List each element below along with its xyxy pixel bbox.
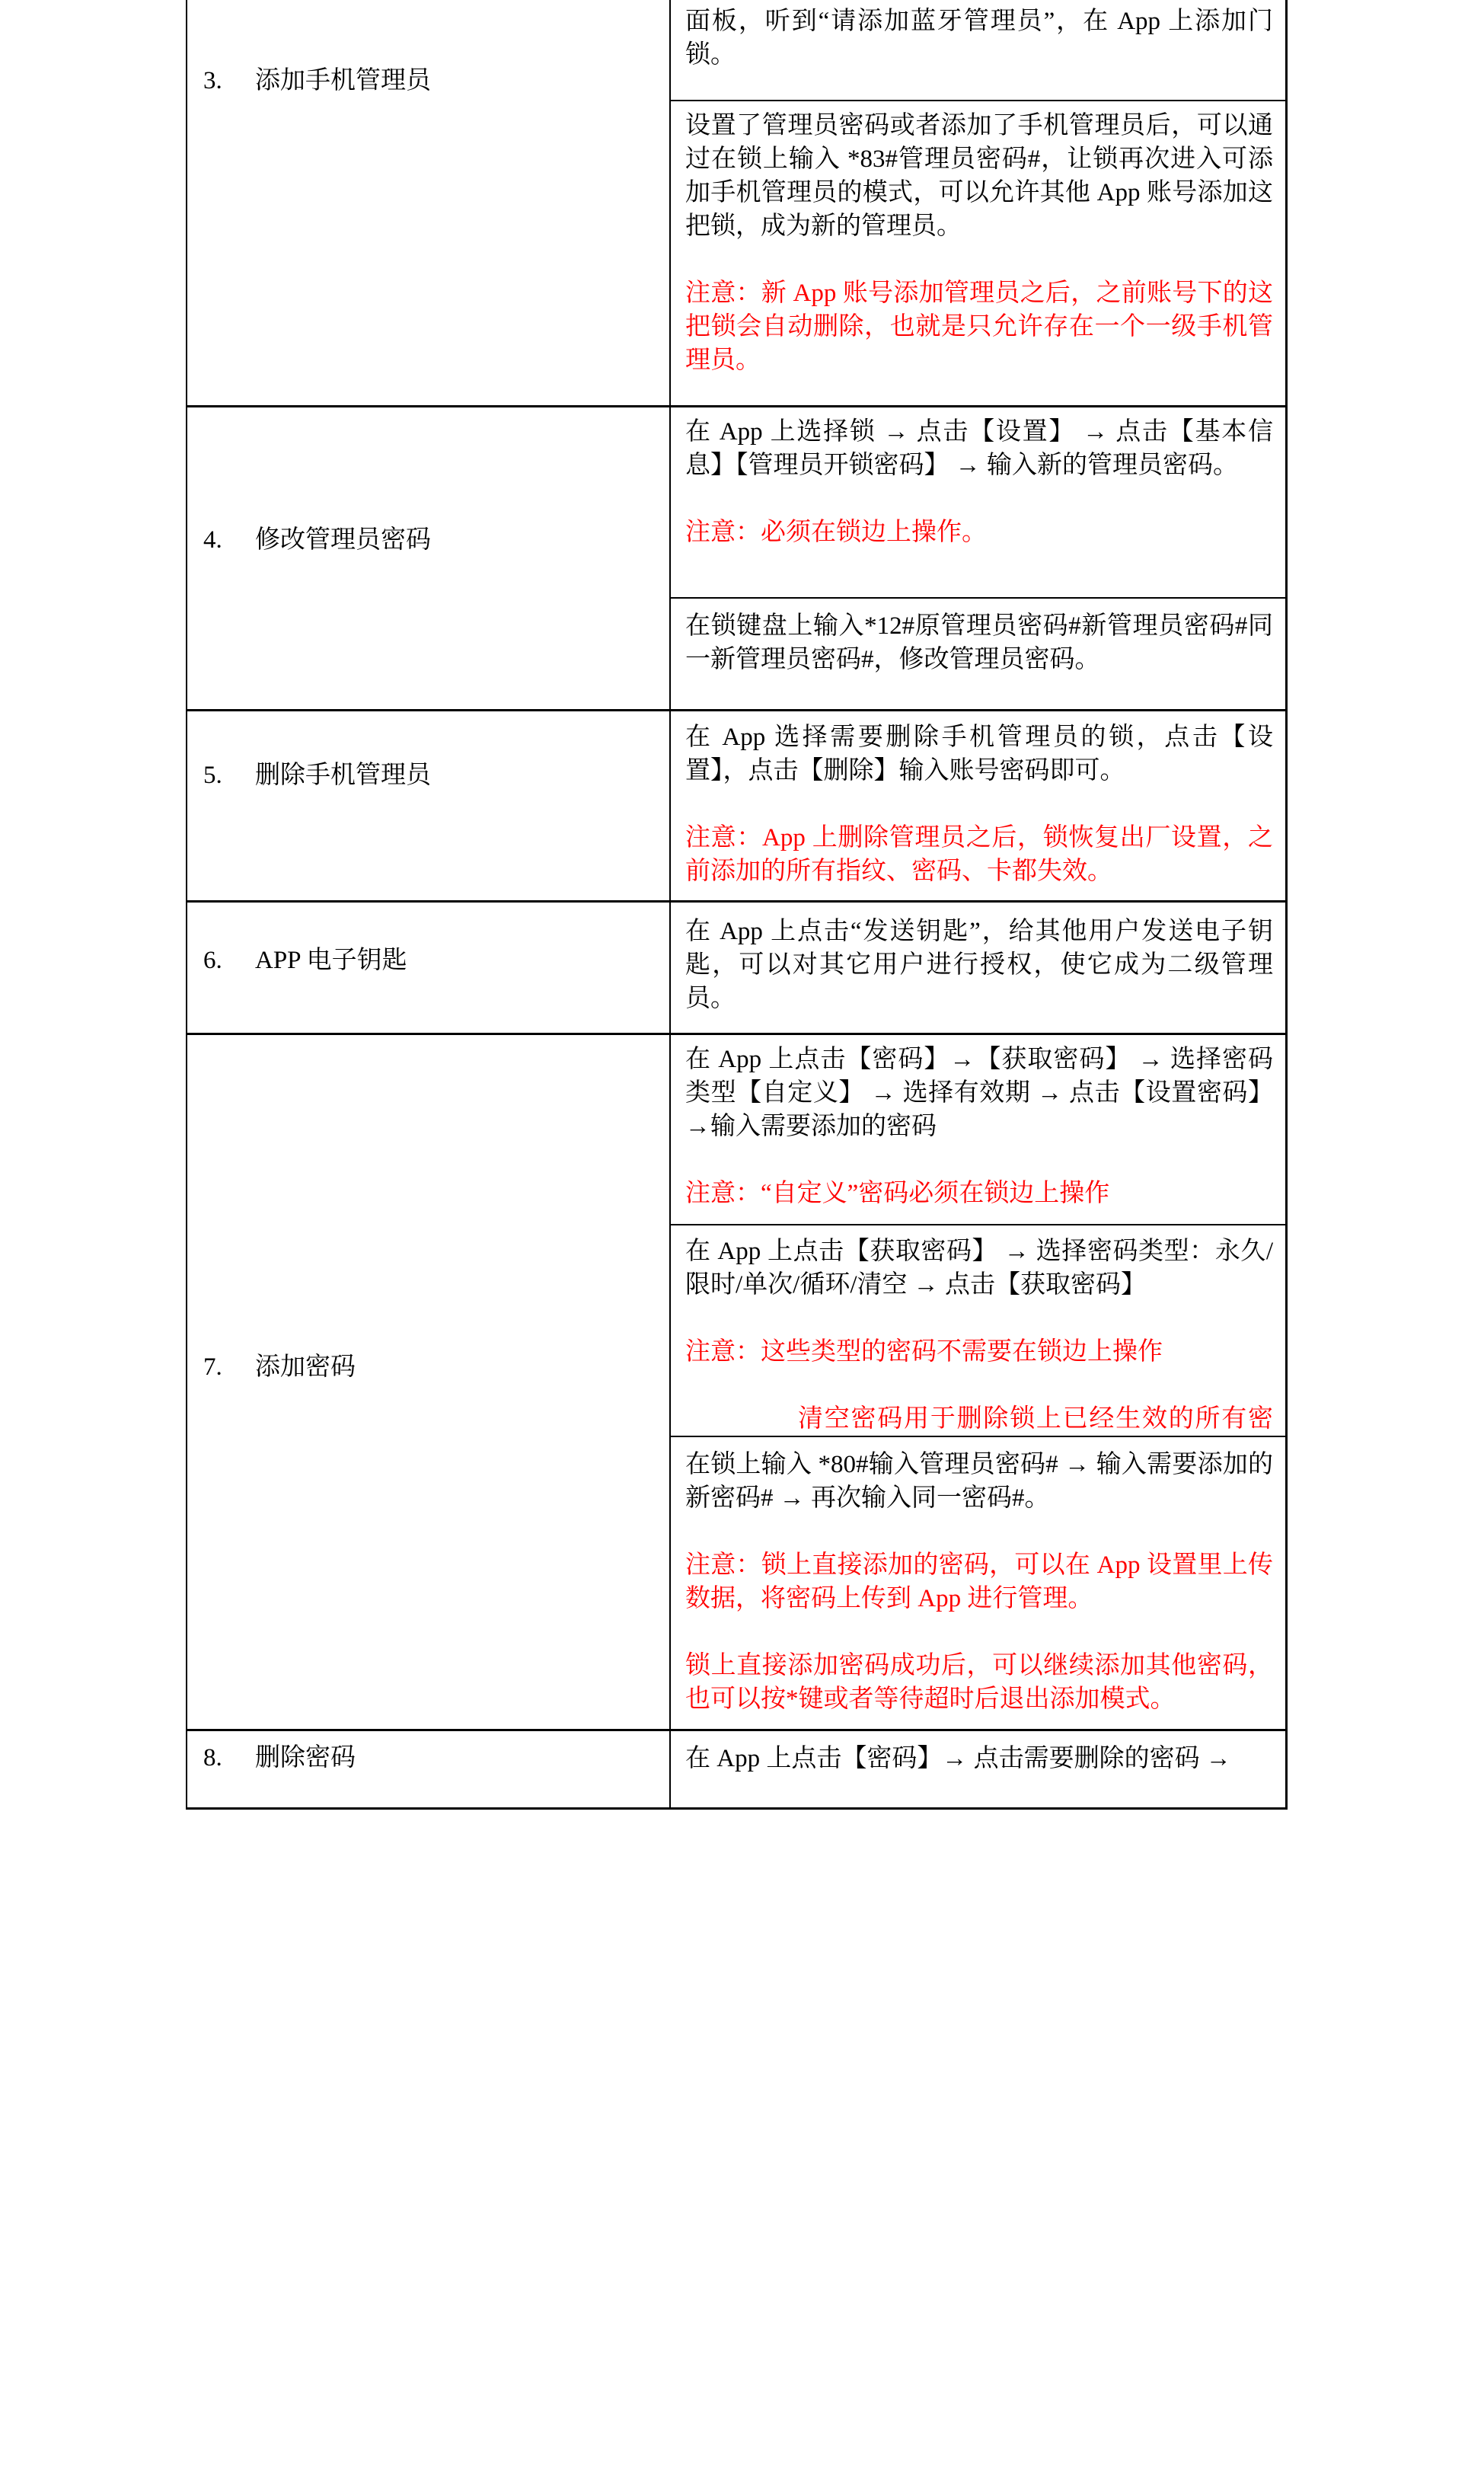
item-label: APP 电子钥匙: [255, 947, 407, 974]
table-row: 6.APP 电子钥匙 在 App 上点击“发送钥匙”，给其他用户发送电子钥匙，可…: [187, 900, 1285, 1033]
table-row: 3.添加手机管理员 面板，听到“请添加蓝牙管理员”，在 App 上添加门锁。 设…: [187, 0, 1285, 405]
instruction-cell: 在 App 上点击【密码】→ 点击需要删除的密码 →: [671, 1731, 1285, 1807]
item-number: 3.: [203, 64, 255, 97]
instruction-text: 在 App 上点击【密码】→【获取密码】 → 选择密码类型【自定义】 → 选择有…: [685, 1043, 1273, 1143]
table-row: 4.修改管理员密码 在 App 上选择锁 → 点击【设置】 → 点击【基本信息】…: [187, 405, 1285, 709]
instruction-text: 在 App 上点击【密码】→ 点击需要删除的密码 →: [685, 1742, 1273, 1775]
item-number: 5.: [203, 759, 255, 792]
instruction-cells: 在 App 上选择锁 → 点击【设置】 → 点击【基本信息】【管理员开锁密码】 …: [669, 407, 1285, 709]
item-label: 删除密码: [255, 1744, 356, 1772]
item-number-cell: 3.添加手机管理员: [187, 0, 669, 405]
note-text: 注意：锁上直接添加的密码，可以在 App 设置里上传数据，将密码上传到 App …: [685, 1548, 1273, 1615]
instruction-cell: 在 App 选择需要删除手机管理员的锁，点击【设置】，点击【删除】输入账号密码即…: [671, 711, 1285, 900]
item-number: 8.: [203, 1741, 255, 1775]
manual-table: 3.添加手机管理员 面板，听到“请添加蓝牙管理员”，在 App 上添加门锁。 设…: [186, 0, 1288, 1810]
instruction-text: 在 App 上点击“发送钥匙”，给其他用户发送电子钥匙，可以对其它用户进行授权，…: [685, 915, 1273, 1015]
instruction-text: 在 App 选择需要删除手机管理员的锁，点击【设置】，点击【删除】输入账号密码即…: [685, 720, 1273, 788]
item-label: 删除手机管理员: [255, 762, 431, 789]
instruction-cell: 在锁键盘上输入*12#原管理员密码#新管理员密码#同一新管理员密码#，修改管理员…: [671, 597, 1285, 709]
instruction-cells: 在 App 上点击【密码】→ 点击需要删除的密码 →: [669, 1731, 1285, 1807]
item-number: 4.: [203, 523, 255, 557]
instruction-cell: 在 App 上选择锁 → 点击【设置】 → 点击【基本信息】【管理员开锁密码】 …: [671, 407, 1285, 597]
instruction-cell: 在 App 上点击“发送钥匙”，给其他用户发送电子钥匙，可以对其它用户进行授权，…: [671, 903, 1285, 1033]
note-text: 注意：这些类型的密码不需要在锁边上操作: [685, 1335, 1273, 1369]
item-label: 添加密码: [255, 1353, 356, 1381]
instruction-cell: 在 App 上点击【密码】→【获取密码】 → 选择密码类型【自定义】 → 选择有…: [671, 1035, 1285, 1224]
instruction-cells: 在 App 上点击“发送钥匙”，给其他用户发送电子钥匙，可以对其它用户进行授权，…: [669, 903, 1285, 1033]
item-number-cell: 8.删除密码: [187, 1731, 669, 1807]
note-text: 锁上直接添加密码成功后，可以继续添加其他密码，也可以按*键或者等待超时后退出添加…: [685, 1649, 1273, 1716]
item-number-cell: 5.删除手机管理员: [187, 711, 669, 900]
instruction-cell: 设置了管理员密码或者添加了手机管理员后，可以通过在锁上输入 *83#管理员密码#…: [671, 100, 1285, 405]
instruction-cell: 面板，听到“请添加蓝牙管理员”，在 App 上添加门锁。: [671, 0, 1285, 100]
table-row: 7.添加密码 在 App 上点击【密码】→【获取密码】 → 选择密码类型【自定义…: [187, 1033, 1285, 1729]
instruction-text: 设置了管理员密码或者添加了手机管理员后，可以通过在锁上输入 *83#管理员密码#…: [685, 109, 1273, 243]
instruction-text: 在锁键盘上输入*12#原管理员密码#新管理员密码#同一新管理员密码#，修改管理员…: [685, 609, 1273, 676]
note-text: 清空密码用于删除锁上已经生效的所有密码: [685, 1402, 1273, 1436]
instruction-text: 在锁上输入 *80#输入管理员密码# → 输入需要添加的新密码# → 再次输入同…: [685, 1448, 1273, 1515]
table-row: 5.删除手机管理员 在 App 选择需要删除手机管理员的锁，点击【设置】，点击【…: [187, 709, 1285, 900]
item-label: 修改管理员密码: [255, 526, 431, 554]
item-number: 7.: [203, 1350, 255, 1384]
instruction-text: 在 App 上选择锁 → 点击【设置】 → 点击【基本信息】【管理员开锁密码】 …: [685, 415, 1273, 482]
table-row: 8.删除密码 在 App 上点击【密码】→ 点击需要删除的密码 →: [187, 1729, 1285, 1807]
instruction-text: 在 App 上点击【获取密码】 → 选择密码类型：永久/限时/单次/循环/清空 …: [685, 1235, 1273, 1302]
note-text: 注意：App 上删除管理员之后，锁恢复出厂设置，之前添加的所有指纹、密码、卡都失…: [685, 821, 1273, 888]
note-text: 注意：新 App 账号添加管理员之后，之前账号下的这把锁会自动删除，也就是只允许…: [685, 276, 1273, 377]
item-label: 添加手机管理员: [255, 67, 431, 94]
instruction-text: 面板，听到“请添加蓝牙管理员”，在 App 上添加门锁。: [685, 5, 1273, 72]
note-text: 注意：必须在锁边上操作。: [685, 516, 1273, 549]
instruction-cell: 在锁上输入 *80#输入管理员密码# → 输入需要添加的新密码# → 再次输入同…: [671, 1436, 1285, 1729]
instruction-cells: 在 App 选择需要删除手机管理员的锁，点击【设置】，点击【删除】输入账号密码即…: [669, 711, 1285, 900]
instruction-cell: 在 App 上点击【获取密码】 → 选择密码类型：永久/限时/单次/循环/清空 …: [671, 1224, 1285, 1436]
item-number: 6.: [203, 944, 255, 977]
instruction-cells: 面板，听到“请添加蓝牙管理员”，在 App 上添加门锁。 设置了管理员密码或者添…: [669, 0, 1285, 405]
instruction-cells: 在 App 上点击【密码】→【获取密码】 → 选择密码类型【自定义】 → 选择有…: [669, 1035, 1285, 1729]
note-text: 注意：“自定义”密码必须在锁边上操作: [685, 1177, 1273, 1210]
item-number-cell: 7.添加密码: [187, 1035, 669, 1729]
item-number-cell: 6.APP 电子钥匙: [187, 903, 669, 1033]
item-number-cell: 4.修改管理员密码: [187, 407, 669, 709]
